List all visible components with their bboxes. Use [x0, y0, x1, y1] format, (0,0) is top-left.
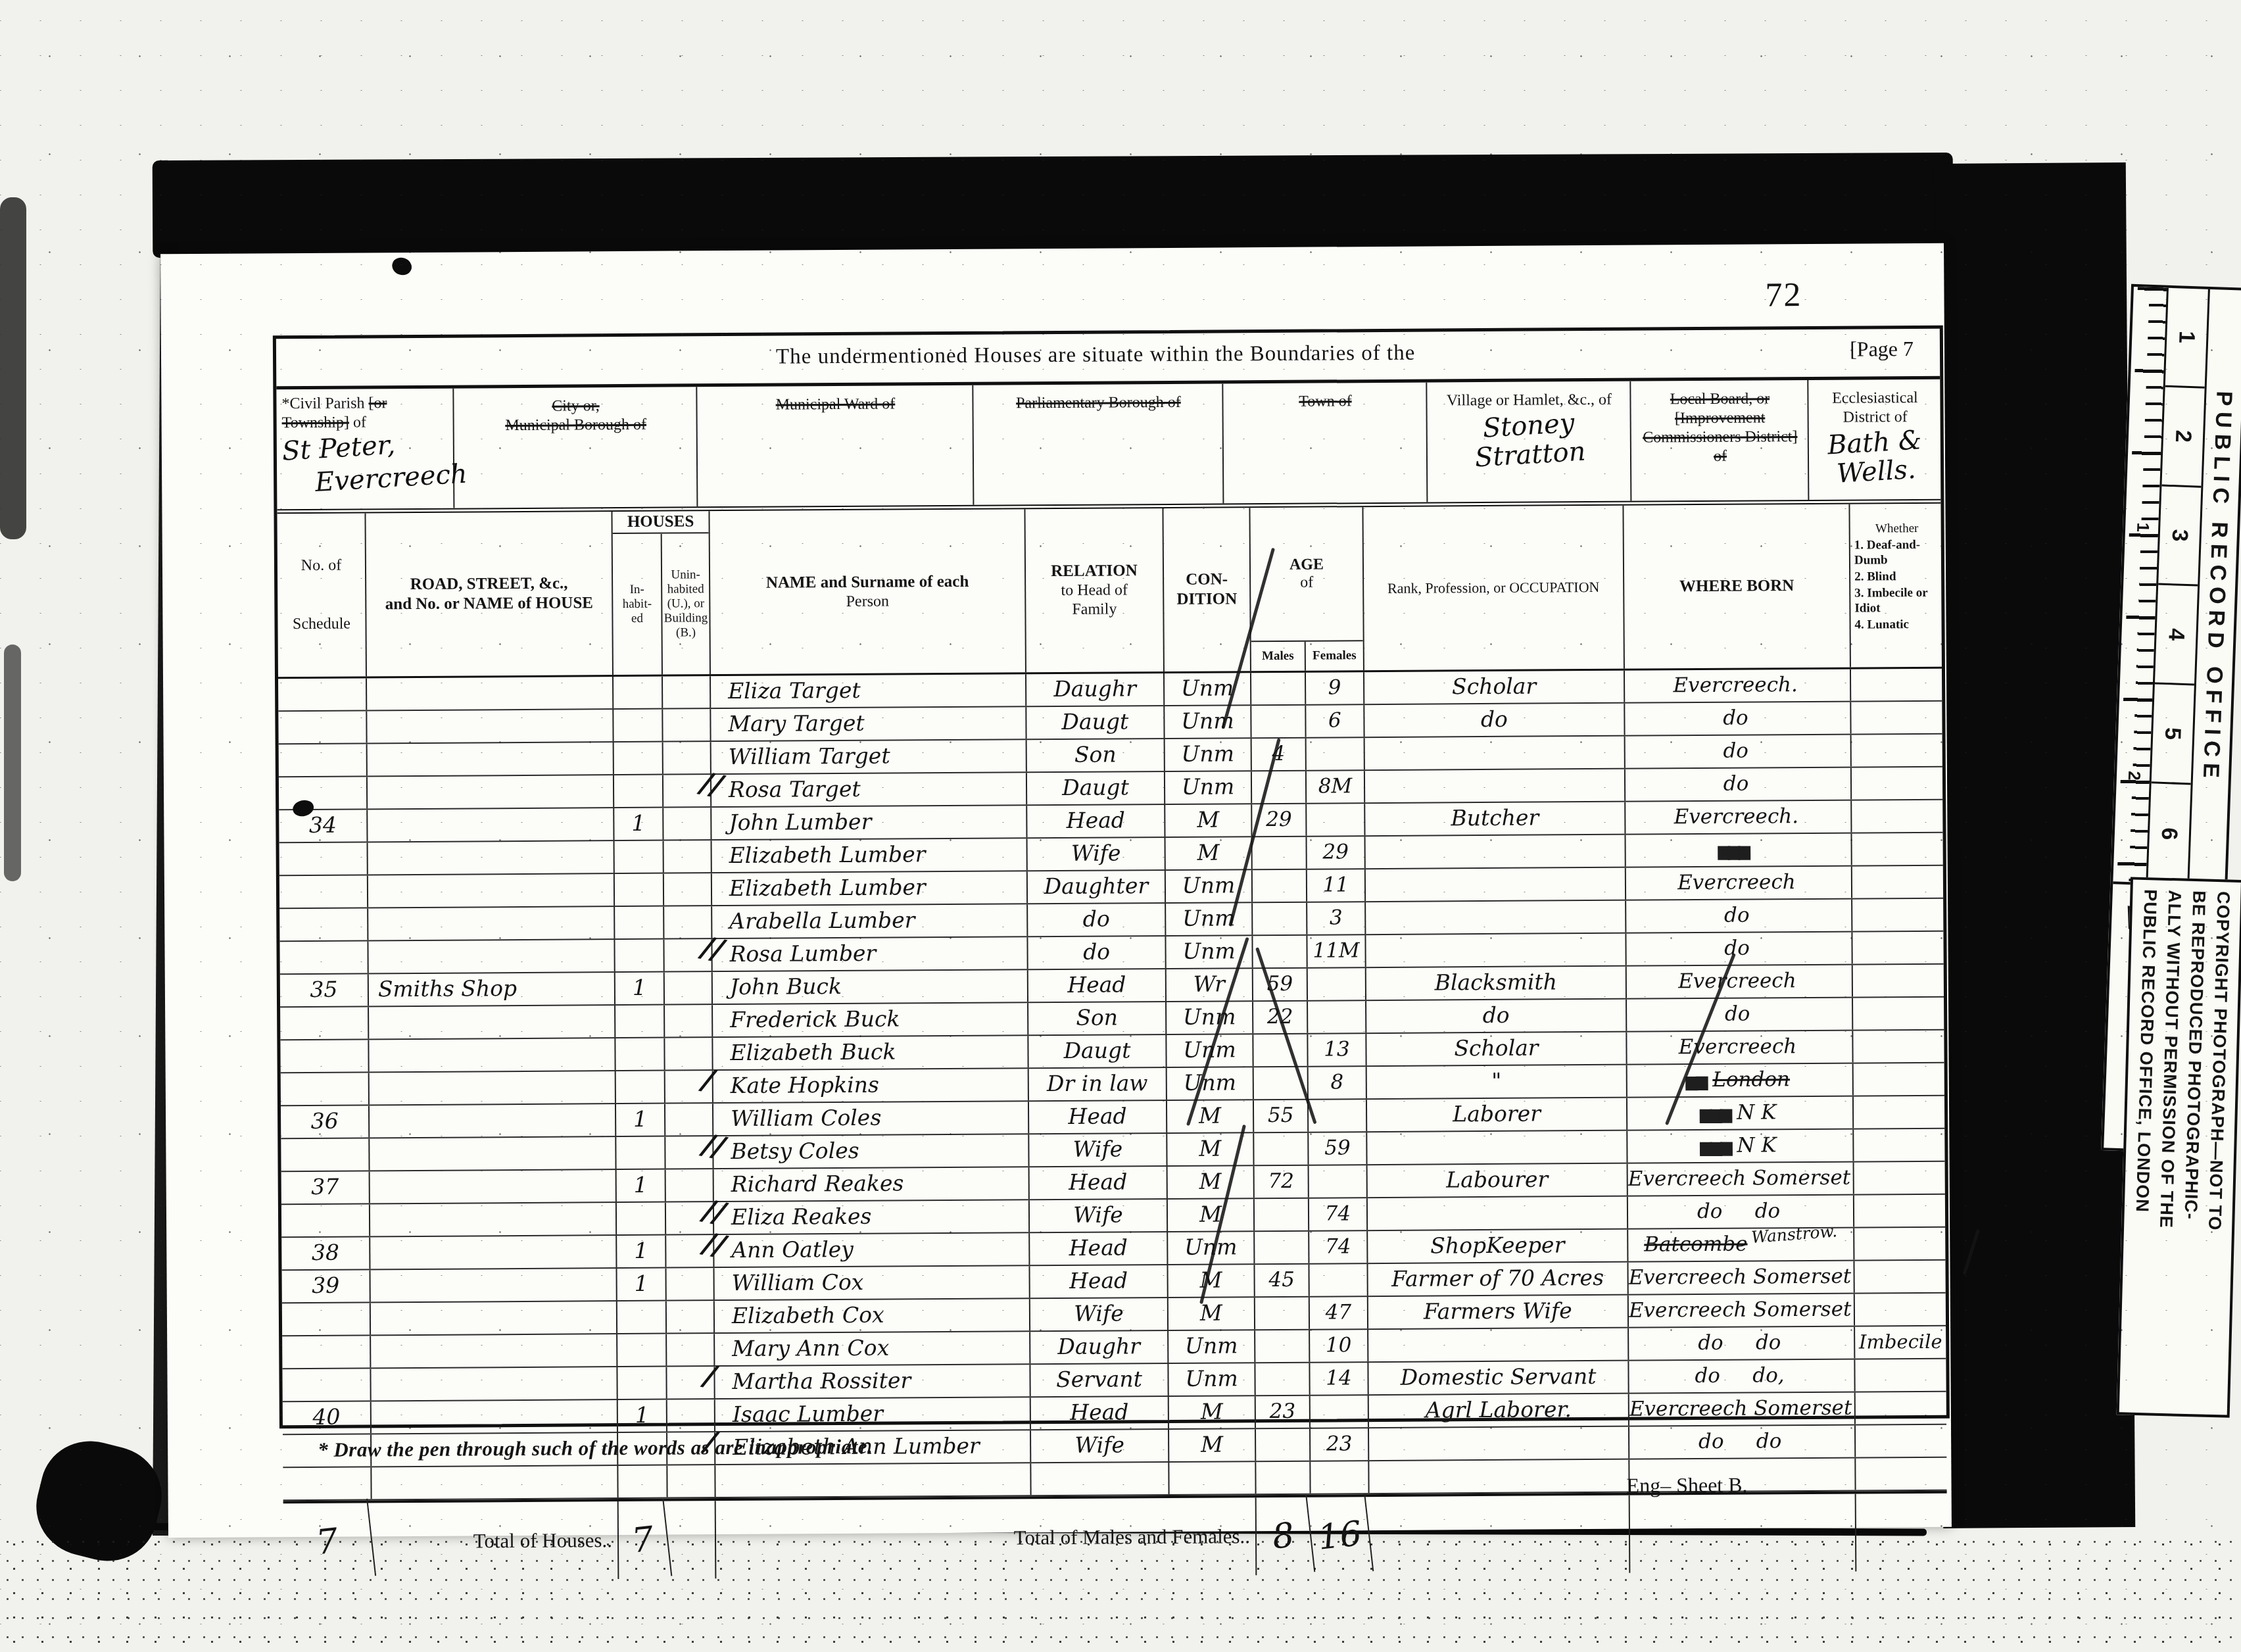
cell-where-born: ▆▆▆ N K [1627, 1130, 1854, 1163]
cell-where-born: Evercreech [1627, 965, 1853, 998]
cell-road [371, 1334, 617, 1367]
cell-occupation: Agrl Laborer. [1369, 1394, 1629, 1427]
cell-age-female: 74 [1309, 1198, 1368, 1230]
cell-age-female [1307, 804, 1365, 836]
col-inhabited: In-habit-ed [613, 534, 663, 675]
cell-relation: do [1028, 904, 1166, 936]
cell-inhabited [618, 1466, 667, 1497]
cell-name: //Rosa Lumber [712, 937, 1028, 971]
cell-schedule [281, 1204, 370, 1236]
cell-road [369, 1038, 615, 1071]
cell-relation [1031, 1463, 1169, 1495]
cell-schedule [278, 711, 367, 743]
cell-road [370, 1137, 616, 1170]
district-civil-parish: *Civil Parish [or Township] of St Peter,… [276, 389, 454, 510]
cell-infirmity [1852, 866, 1943, 898]
total-females-value: 16 [1307, 1494, 1374, 1578]
district-local-board: Local Board, or [Improvement Commissione… [1631, 380, 1809, 501]
ink-scribble: ▆▆ [1685, 1072, 1706, 1090]
cell-inhabited [617, 1203, 666, 1234]
cell-uninhabited [665, 1005, 713, 1036]
column-header-row: No. ofSchedule ROAD, STREET, &c.,and No.… [277, 504, 1941, 679]
page-number: 72 [1765, 276, 1802, 314]
cell-schedule: 37 [281, 1171, 370, 1203]
cell-road [370, 1203, 617, 1236]
cell-condition: Unm [1167, 1002, 1253, 1034]
cell-infirmity [1856, 1425, 1946, 1457]
census-page: 72 The undermentioned Houses are situate… [160, 243, 1952, 1538]
col-relation: RELATIONto Head ofFamily [1025, 508, 1165, 672]
cell-relation: Head [1030, 1265, 1168, 1298]
cell-age-female: 8M [1307, 771, 1365, 803]
cell-age-male: 23 [1256, 1396, 1311, 1428]
col-road: ROAD, STREET, &c.,and No. or NAME of HOU… [366, 512, 614, 676]
cell-road [368, 874, 615, 907]
cell-road [371, 1269, 617, 1301]
total-houses-value: 7 [615, 1499, 673, 1582]
cell-age-male [1255, 1330, 1310, 1363]
cell-schedule [279, 908, 368, 940]
cell-road [368, 742, 614, 775]
cell-road [368, 907, 615, 940]
cell-infirmity [1856, 1392, 1946, 1424]
cell-age-female [1307, 738, 1365, 770]
cell-schedule [279, 842, 368, 875]
cell-age-male [1255, 1298, 1310, 1330]
cell-occupation: Laborer [1367, 1098, 1627, 1131]
cell-relation: Wife [1029, 1134, 1167, 1166]
cell-age-female: 47 [1310, 1297, 1368, 1329]
district-ward: Municipal Ward of [697, 385, 974, 507]
cell-schedule [279, 744, 368, 776]
schedule-total: 7 [279, 1499, 376, 1586]
total-houses-label: Total of Houses.. [372, 1501, 619, 1580]
cell-occupation [1369, 1460, 1629, 1493]
cell-age-male [1251, 706, 1306, 738]
cell-age-female: 13 [1308, 1034, 1366, 1066]
col-name: NAME and Surname of eachPerson [710, 509, 1026, 674]
cell-age-male: 55 [1254, 1100, 1309, 1132]
cell-schedule [279, 777, 368, 809]
cell-age-male: 59 [1253, 969, 1308, 1001]
cell-age-female [1308, 968, 1366, 1000]
scan-blotch-left-edge [0, 197, 26, 539]
cell-age-female: 3 [1307, 902, 1366, 935]
census-table: The undermentioned Houses are situate wi… [273, 326, 1950, 1428]
district-village: Village or Hamlet, &c., of Stoney Stratt… [1427, 381, 1631, 502]
cell-where-born: do do, [1629, 1360, 1855, 1393]
cell-relation: Wife [1030, 1200, 1168, 1232]
cell-infirmity [1853, 998, 1944, 1030]
cell-uninhabited [667, 1465, 715, 1497]
cell-relation: Wife [1031, 1430, 1169, 1462]
cell-infirmity [1852, 800, 1942, 833]
cell-road [370, 1071, 616, 1104]
cell-road [368, 841, 615, 874]
sheet-note: Eng– Sheet B. [1626, 1473, 1747, 1498]
cell-uninhabited [663, 709, 711, 741]
cell-condition: M [1168, 1199, 1255, 1231]
cell-relation: Head [1027, 805, 1165, 837]
cell-schedule [282, 1336, 371, 1368]
total-males-value: 8 [1253, 1495, 1316, 1578]
footnote: * Draw the pen through such of the words… [318, 1435, 873, 1462]
cell-road [368, 808, 614, 841]
cell-age-female: 10 [1310, 1330, 1368, 1362]
cell-where-born: Evercreech. [1626, 801, 1852, 834]
cell-inhabited [616, 1071, 665, 1103]
cell-inhabited [616, 1137, 665, 1169]
cell-inhabited [614, 775, 663, 807]
cell-name: Frederick Buck [713, 1003, 1028, 1036]
cell-age-female: 74 [1309, 1231, 1368, 1263]
cell-uninhabited [665, 972, 713, 1004]
cell-inhabited: 1 [618, 1400, 667, 1432]
col-males: Males [1251, 642, 1306, 671]
cell-infirmity [1854, 1096, 1944, 1129]
cell-schedule [282, 1303, 371, 1335]
cell-occupation: Farmer of 70 Acres [1368, 1263, 1628, 1296]
cell-age-male [1253, 903, 1307, 935]
cell-inhabited: 1 [616, 1104, 665, 1136]
cell-name: /Martha Rossiter [715, 1365, 1030, 1398]
cell-where-born: do [1627, 998, 1853, 1031]
cell-name: Elizabeth Buck [713, 1036, 1028, 1069]
cell-relation: Daugt [1026, 706, 1165, 739]
cell-infirmity [1855, 1359, 1946, 1392]
cell-where-born: Evercreech Somerset [1629, 1393, 1856, 1426]
cell-condition: Unm [1165, 706, 1251, 738]
cell-infirmity: Imbecile [1855, 1326, 1946, 1359]
cell-occupation: do [1364, 704, 1625, 737]
district-town: Town of [1223, 383, 1428, 504]
cell-schedule [282, 1369, 371, 1401]
ink-scribble: ▆▆▆ [1700, 1105, 1731, 1123]
cell-condition: Unm [1169, 1363, 1255, 1396]
cell-where-born: do [1626, 735, 1852, 768]
cell-name: Mary Ann Cox [715, 1332, 1030, 1365]
cell-schedule [281, 1073, 370, 1105]
cell-name: William Cox [714, 1266, 1030, 1300]
cell-age-male [1255, 1363, 1310, 1396]
cell-inhabited [615, 1006, 665, 1037]
cell-where-born: do do [1629, 1327, 1855, 1360]
ecclesiastical-value: Bath & Wells. [1813, 425, 1939, 490]
cell-schedule [280, 1007, 369, 1039]
cell-name: //Betsy Coles [713, 1134, 1029, 1168]
cell-schedule [278, 678, 367, 710]
cell-where-born: ▆▆▆ [1626, 834, 1852, 867]
cell-infirmity [1852, 735, 1942, 767]
cell-occupation [1366, 835, 1626, 868]
cell-name: Eliza Target [711, 674, 1026, 708]
census-rows: Eliza Target Daughr Unm 9 Scholar Evercr… [278, 669, 1947, 1501]
cell-name: Isaac Lumber [715, 1397, 1031, 1431]
cell-relation: Head [1030, 1232, 1168, 1265]
cell-age-female: 14 [1310, 1363, 1368, 1395]
cell-name [715, 1463, 1031, 1497]
cell-condition: M [1168, 1166, 1255, 1198]
total-males-females-label: Total of Males and Females.. [716, 1497, 1257, 1578]
cell-infirmity [1852, 932, 1943, 964]
cell-condition: Unm [1165, 771, 1252, 804]
census-scan: 72 The undermentioned Houses are situate… [0, 0, 2241, 1652]
cell-schedule [280, 1040, 369, 1072]
cell-age-female: 11M [1307, 935, 1366, 967]
col-infirmity: Whether 1. Deaf-and-Dumb 2. Blind 3. Imb… [1850, 504, 1942, 668]
cell-age-male [1254, 1133, 1309, 1165]
cell-relation: do [1028, 936, 1166, 969]
scan-border-right [1934, 162, 2135, 1528]
cell-inhabited [617, 1334, 667, 1366]
cell-condition: Unm [1169, 1330, 1255, 1363]
cell-where-born: do [1626, 900, 1852, 933]
cell-occupation: Labourer [1368, 1164, 1628, 1197]
cell-inhabited [614, 710, 663, 741]
cell-road [370, 1236, 617, 1269]
cell-condition: Unm [1166, 903, 1253, 935]
cell-infirmity [1854, 1129, 1944, 1161]
cell-occupation: Blacksmith [1366, 967, 1627, 1000]
cell-uninhabited [663, 676, 711, 708]
cell-uninhabited [666, 1268, 714, 1300]
cell-inhabited [615, 940, 664, 971]
cell-where-born: Evercreech Somerset [1628, 1261, 1854, 1294]
cell-occupation: do [1366, 1000, 1627, 1032]
cell-inhabited [615, 1038, 665, 1070]
cell-occupation: Scholar [1364, 671, 1625, 704]
cell-relation: Daughter [1028, 871, 1166, 903]
cell-condition: M [1169, 1429, 1256, 1461]
col-females: Females [1306, 641, 1363, 671]
civil-parish-value-line2: Evercreech [314, 459, 468, 497]
cell-age-female: 9 [1306, 672, 1364, 704]
cell-age-female [1309, 1264, 1368, 1296]
cell-uninhabited [663, 808, 711, 839]
cell-name: William Target [711, 740, 1027, 773]
cell-occupation [1366, 868, 1626, 901]
cell-road [368, 775, 614, 808]
cell-inhabited: 1 [615, 973, 665, 1004]
cell-relation: Head [1031, 1397, 1169, 1429]
cell-age-male: 45 [1255, 1265, 1309, 1297]
cell-where-born: Evercreech Somerset [1629, 1294, 1855, 1327]
cell-occupation [1365, 769, 1626, 802]
cell-infirmity [1852, 899, 1943, 931]
cell-inhabited [615, 841, 664, 873]
cell-uninhabited [664, 840, 712, 872]
col-occupation: Rank, Profession, or OCCUPATION [1363, 506, 1625, 670]
cell-age-female [1308, 1001, 1366, 1033]
cell-age-female: 8 [1309, 1067, 1367, 1099]
cell-where-born: Evercreech [1626, 867, 1852, 900]
cell-relation: Daugt [1028, 1035, 1167, 1067]
scan-blotch-bottom-left [26, 1430, 172, 1572]
cell-occupation [1368, 1197, 1628, 1230]
ink-blot-top [390, 255, 414, 278]
cell-age-female: 59 [1309, 1132, 1367, 1165]
cell-schedule: 40 [283, 1401, 372, 1434]
cell-name: //Eliza Reakes [714, 1200, 1030, 1234]
cell-inhabited [617, 1367, 667, 1399]
scan-blotch-left-edge-2 [4, 644, 21, 881]
cell-occupation [1366, 901, 1626, 934]
cell-condition: Wr [1167, 969, 1253, 1001]
cell-infirmity [1854, 1228, 1945, 1260]
cell-age-male [1255, 1232, 1309, 1264]
cell-age-female: 23 [1311, 1428, 1369, 1461]
district-header-row: *Civil Parish [or Township] of St Peter,… [276, 379, 1940, 514]
cell-road [367, 677, 614, 710]
cell-age-female: 11 [1307, 869, 1366, 902]
cell-infirmity [1855, 1294, 1946, 1326]
cell-schedule [279, 941, 368, 973]
cell-road [372, 1400, 618, 1433]
cell-inhabited [614, 677, 663, 708]
cell-infirmity [1853, 1031, 1944, 1063]
cell-occupation [1366, 934, 1626, 967]
district-borough: City or, Municipal Borough of [454, 387, 698, 508]
cell-schedule [281, 1138, 370, 1171]
cell-condition: M [1166, 837, 1253, 869]
pro-ruler-section: PUBLIC RECORD OFFICE 1 2 3 4 5 6 1 2 [2113, 287, 2241, 888]
cell-schedule: 38 [281, 1237, 370, 1269]
cell-occupation [1369, 1427, 1629, 1460]
civil-parish-label: *Civil Parish [281, 395, 368, 412]
cell-name: //Ann Oatley [714, 1233, 1030, 1267]
ink-scribble: ▆▆▆ [1718, 842, 1748, 860]
cell-relation: Son [1028, 1002, 1167, 1034]
cell-inhabited [615, 874, 664, 906]
cell-occupation: Farmers Wife [1368, 1296, 1629, 1328]
cell-infirmity [1854, 1261, 1945, 1293]
cell-condition: Unm [1167, 1067, 1254, 1100]
cell-relation: Wife [1030, 1298, 1169, 1330]
cell-age-female: 29 [1307, 837, 1366, 869]
cell-occupation [1368, 1328, 1629, 1361]
cell-where-born: do [1626, 933, 1852, 965]
cell-inhabited [615, 907, 664, 938]
cell-infirmity [1853, 965, 1944, 997]
cell-uninhabited [667, 1301, 715, 1332]
cell-age-male [1253, 837, 1307, 869]
cell-name: Richard Reakes [714, 1167, 1030, 1201]
cell-where-born: BatcombeWanstrow. [1628, 1228, 1854, 1261]
cell-where-born: ▆▆▆ N K [1627, 1097, 1854, 1130]
cell-name: Arabella Lumber [712, 904, 1028, 938]
cell-schedule [283, 1467, 372, 1499]
cell-relation: Wife [1028, 838, 1166, 870]
col-uninhabited: Unin-habited(U.), orBuilding(B.) [662, 533, 710, 674]
cell-age-male [1253, 1034, 1308, 1067]
cell-inhabited: 1 [617, 1269, 667, 1300]
cell-condition: M [1168, 1265, 1255, 1297]
cell-name: /Kate Hopkins [713, 1069, 1029, 1102]
cell-age-male [1256, 1462, 1311, 1494]
cell-infirmity [1854, 1162, 1945, 1194]
cell-road [371, 1301, 617, 1334]
cell-age-male [1255, 1199, 1309, 1231]
cell-where-born: Evercreech Somerset [1628, 1163, 1854, 1196]
cell-name: Elizabeth Lumber [712, 871, 1028, 905]
cell-infirmity [1851, 669, 1942, 701]
cell-where-born: Evercreech. [1625, 669, 1851, 702]
cell-schedule: 39 [282, 1270, 371, 1302]
cell-inhabited: 1 [617, 1236, 666, 1267]
cell-road [371, 1367, 617, 1400]
district-parl-borough: Parliamentary Borough of [973, 383, 1224, 504]
cell-relation: Daughr [1030, 1331, 1169, 1363]
cell-age-female [1311, 1396, 1369, 1428]
cell-road: Smiths Shop [369, 973, 615, 1006]
district-ecclesiastical: Ecclesiastical District of Bath & Wells. [1808, 379, 1940, 500]
cell-age-male [1252, 771, 1307, 804]
totals-row: 7 Total of Houses.. 7 Total of Males and… [283, 1491, 1948, 1581]
cell-inhabited: 1 [614, 808, 663, 840]
cell-inhabited [614, 742, 663, 774]
col-age-group: AGEof Males Females [1250, 507, 1364, 671]
cell-age-male [1251, 673, 1306, 705]
copyright-stamp-card: COPYRIGHT PHOTOGRAPH—NOT TO BE REPRODUCE… [2117, 877, 2241, 1417]
cell-uninhabited [664, 873, 712, 905]
cell-name: //Rosa Target [711, 773, 1027, 806]
cell-relation: Head [1030, 1167, 1168, 1199]
col-houses-label: HOUSES [612, 511, 708, 534]
cell-inhabited [617, 1301, 667, 1333]
cell-name: Elizabeth Lumber [712, 838, 1028, 872]
col-schedule: No. ofSchedule [277, 513, 367, 677]
cell-occupation: Domestic Servant [1368, 1361, 1629, 1394]
cell-where-born: ▆▆ London [1627, 1064, 1854, 1097]
cell-relation: Daugt [1027, 772, 1165, 804]
cell-occupation: Scholar [1366, 1032, 1627, 1065]
cell-road [367, 710, 614, 742]
cell-condition: Unm [1165, 739, 1252, 771]
cell-infirmity [1856, 1458, 1946, 1490]
cell-name: William Coles [713, 1102, 1029, 1135]
cell-relation: Head [1029, 1101, 1167, 1133]
ink-scribble: ▆▆▆ [1700, 1138, 1731, 1156]
cell-age-female: 6 [1306, 705, 1364, 737]
cell-occupation: " [1367, 1065, 1627, 1098]
cell-schedule: 36 [281, 1105, 370, 1138]
cell-road [372, 1466, 618, 1499]
cell-name: John Lumber [711, 806, 1027, 839]
cell-where-born: Evercreech [1627, 1031, 1853, 1064]
cell-occupation: ShopKeeper [1368, 1230, 1628, 1263]
cell-road [370, 1104, 616, 1137]
cell-condition: M [1167, 1100, 1254, 1132]
cell-infirmity [1852, 767, 1942, 800]
cell-inhabited: 1 [617, 1170, 666, 1202]
page-label: [Page 7 [1850, 337, 1914, 362]
cell-age-male [1256, 1429, 1311, 1461]
civil-parish-value-line1: St Peter, [281, 431, 396, 466]
scan-border-top [153, 153, 1954, 258]
cell-occupation: Butcher [1365, 802, 1626, 835]
cell-condition: M [1169, 1298, 1255, 1330]
village-value: Stoney Stratton [1432, 406, 1628, 475]
cell-condition: M [1165, 804, 1252, 837]
cell-name: Mary Target [711, 707, 1026, 741]
cell-age-male: 72 [1255, 1166, 1309, 1198]
cell-road [368, 940, 615, 973]
cell-infirmity [1851, 702, 1942, 734]
cell-relation: Head [1028, 969, 1167, 1002]
cell-age-female [1309, 1100, 1367, 1132]
cell-schedule: 34 [279, 810, 368, 842]
cell-relation: Son [1027, 739, 1165, 771]
